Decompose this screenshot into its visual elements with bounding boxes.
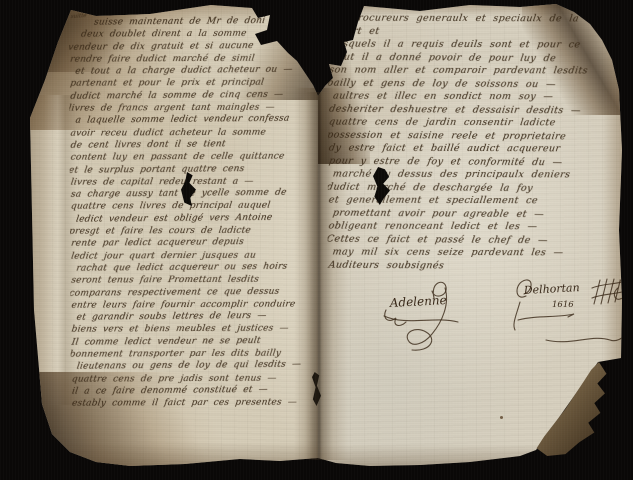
manuscript-text-line: et le surplus portant quattre cens — [69, 162, 317, 177]
manuscript-text-line: dy estre faict et baillé audict acquereu… — [328, 141, 624, 155]
signature-right-name: Delhortan — [522, 281, 579, 297]
manuscript-text-line: et generallement et speciallement ce — [328, 193, 625, 207]
signature-faint-flourish — [546, 332, 630, 342]
manuscript-text-line: ledict vendeur est obligé vers Antoine — [75, 211, 317, 226]
signature-date: 1616 — [552, 300, 574, 310]
manuscript-text-line: aultres et illec en sondict nom soy — — [332, 90, 624, 104]
manuscript-text-line: comparans respectivement ce que dessus — [69, 285, 317, 300]
manuscript-text-line: deux doublet dirent a la somme — [80, 28, 317, 42]
manuscript-text-line: lieutenans ou gens de loy de qui lesdits… — [76, 359, 317, 374]
manuscript-text-line: les procureurs generaulx et speciaulx de… — [328, 11, 624, 25]
manuscript-text-line: suisse maintenant de Mr de doni — [93, 15, 317, 28]
manuscript-text-line: Ausquels il a requis deuils sont et pour… — [328, 37, 624, 51]
left-page-text-block: suisse maintenant de Mr de donideux doub… — [69, 15, 317, 416]
stain-left-edge — [26, 95, 64, 435]
stain-bottom-edge-right — [318, 444, 618, 468]
manuscript-text-line: vendeur de dix gratuit et si aucune — [69, 39, 317, 54]
manuscript-text-line: a laquelle somme ledict vendeur confessa — [75, 113, 318, 128]
manuscript-text-line: estably comme il faict par ces presentes… — [71, 397, 317, 411]
notary-mark-icon — [592, 279, 630, 304]
manuscript-scan: pr marque de suittede laudmarché suisse … — [0, 0, 633, 480]
right-page-text-block: les procureurs generaulx et speciaulx de… — [328, 11, 625, 278]
signature-right: Delhortan 1616 — [512, 272, 633, 357]
manuscript-text-line: Il comme ledict vendeur ne se peult — [71, 334, 317, 349]
manuscript-text-line: obligeant renonceant ledict et les — — [328, 219, 625, 233]
manuscript-text-line: rente par ledict acquereur depuis — [70, 236, 317, 251]
signature-left: Adelenne — [382, 276, 482, 361]
manuscript-text-line: dudict marché la somme de cinq cens — — [69, 88, 317, 103]
fox-spot — [500, 416, 503, 419]
manuscript-text-line: may mil six cens seize pardevant les — — [332, 246, 625, 260]
signature-underline — [518, 314, 574, 320]
manuscript-text-line: son nom aller et comparoir pardevant les… — [328, 63, 624, 77]
signature-left-name: Adelenne — [388, 293, 447, 310]
stain-bottom-edge-left — [30, 442, 318, 468]
manuscript-text-line: quattre cens de jardin consentir ladicte — [328, 115, 624, 129]
